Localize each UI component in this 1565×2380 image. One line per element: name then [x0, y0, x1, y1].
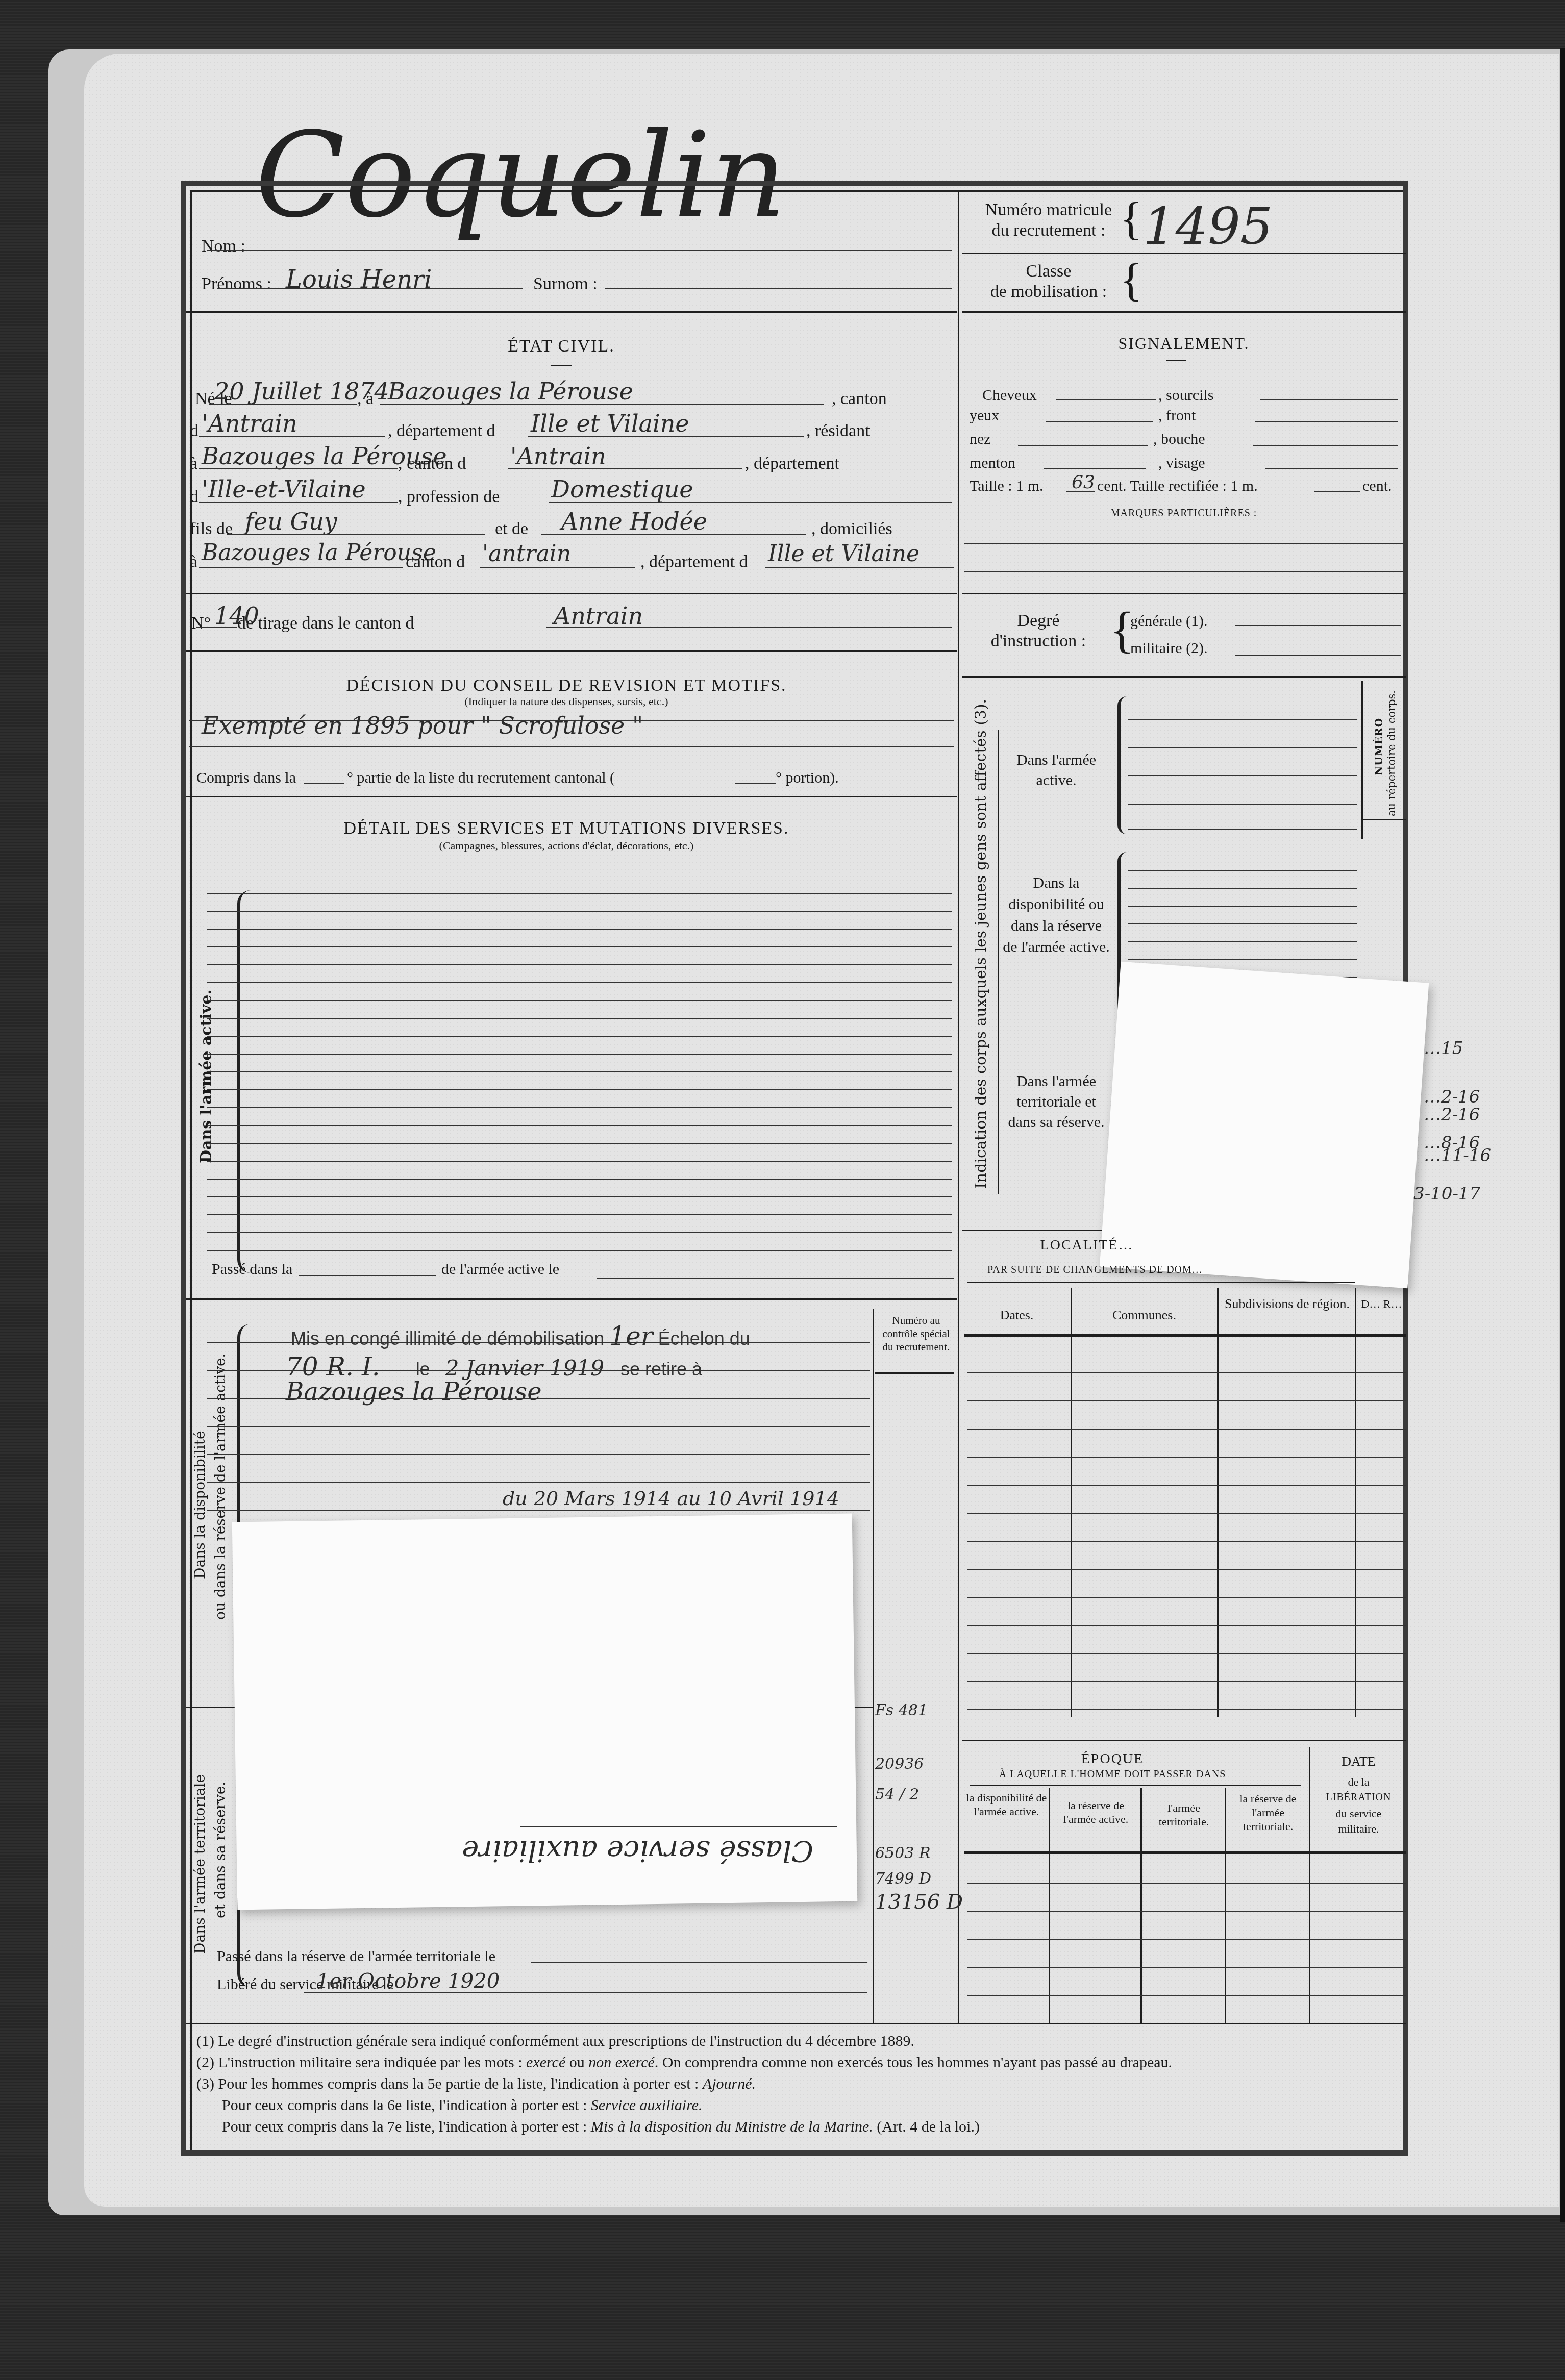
localites-bottom — [962, 1740, 1406, 1741]
corps-rule — [1128, 829, 1357, 830]
classe-label-1: Classe — [972, 263, 1125, 280]
corps-rule — [1128, 747, 1357, 748]
epoque-rule — [967, 1911, 1406, 1912]
canton-label: , canton — [832, 390, 887, 408]
corps-rule — [1128, 870, 1357, 871]
passe-reserve-territoriale-label: Passé dans la réserve de l'armée territo… — [217, 1949, 495, 1964]
margin-date-entry: …15 — [1424, 1038, 1463, 1059]
classe-service-auxiliaire: Classé service auxiliaire — [462, 1834, 813, 1867]
epoque-col-div-1 — [1049, 1788, 1050, 2023]
localites-rule — [967, 1625, 1406, 1626]
etat-civil-heading: ÉTAT CIVIL. — [459, 337, 663, 356]
libere-date: 1er Octobre 1920 — [316, 1969, 500, 1993]
signalement-bottom — [962, 593, 1406, 594]
corps-rule — [1128, 804, 1357, 805]
margin-date-entry: …2-16 — [1424, 1105, 1480, 1125]
services-rule — [207, 1214, 952, 1215]
canton3-label: canton d — [406, 554, 465, 571]
services-rule — [207, 1179, 952, 1180]
localites-col-communes: Communes. — [1072, 1309, 1217, 1322]
matricule-bottom — [962, 253, 1406, 254]
services-rule — [207, 1232, 952, 1233]
localites-rule — [967, 1681, 1406, 1682]
services-rule — [207, 1089, 952, 1090]
lieu-naissance: Bazouges la Pérouse — [388, 378, 633, 405]
classe-brace: { — [1120, 258, 1142, 304]
corps-territoriale-label: Dans l'armée territoriale et dans sa rés… — [1003, 1071, 1110, 1133]
departement3-underline — [765, 567, 954, 568]
epoque-col-territoriale: l'armée territoriale. — [1143, 1801, 1225, 1828]
stamp-line-1: Mis en congé illimité de démobilisation … — [291, 1321, 750, 1351]
departement-naissance: Ille et Vilaine — [531, 410, 689, 437]
disponibilite-line-4 — [207, 1426, 870, 1427]
corps-rule — [1128, 906, 1357, 907]
d1-label: d — [190, 422, 198, 440]
lieu-underline — [380, 404, 824, 405]
compris-blank-2 — [735, 783, 776, 784]
stamp-retire: - se retire à — [609, 1359, 702, 1380]
passe-blank-2 — [597, 1278, 954, 1279]
decision-text: Exempté en 1895 pour " Scrofulose " — [202, 712, 643, 739]
localites-rule — [967, 1400, 1406, 1401]
departement-residence: 'Ille-et-Vilaine — [202, 475, 366, 503]
corps-disponibilite-label: Dans la disponibilité ou dans la réserve… — [1003, 872, 1110, 958]
mere: Anne Hodée — [561, 508, 707, 535]
armee-active-bottom — [186, 1298, 957, 1300]
militaire-blank — [1235, 655, 1401, 656]
generale-label: générale (1). — [1130, 614, 1208, 629]
nez-blank — [1018, 445, 1148, 446]
services-rule — [207, 1018, 952, 1019]
disponibilite-line-6 — [207, 1482, 870, 1483]
passe-reserve-territoriale-blank — [531, 1962, 867, 1963]
canton-residence: 'Antrain — [510, 442, 606, 470]
numero-controle-divider-left — [873, 1309, 874, 2023]
form-notes-divider — [186, 2023, 1406, 2024]
epoque-date-sub-2: LIBÉRATION — [1311, 1792, 1406, 1803]
services-rule — [207, 1196, 952, 1197]
ne-le-underline — [209, 404, 357, 405]
marques-line-2 — [964, 571, 1403, 572]
armee-active-side-label: Dans l'armée active. — [199, 989, 214, 1163]
residence-underline — [199, 468, 398, 469]
name-block-bottom — [186, 311, 957, 313]
localites-rule — [967, 1485, 1406, 1486]
stamp-date: 2 Janvier 1919 — [445, 1356, 604, 1381]
localites-rule — [967, 1569, 1406, 1570]
degre-label-2: d'instruction : — [975, 633, 1102, 650]
taille-cm: 63 — [1072, 472, 1095, 493]
localites-rule — [967, 1429, 1406, 1430]
services-rule — [207, 911, 952, 912]
localites-brace-rule — [967, 1282, 1355, 1283]
canton-underline — [199, 436, 385, 437]
a-label: , à — [357, 390, 374, 408]
profession-label: , profession de — [398, 488, 500, 506]
marques-line-1 — [964, 543, 1403, 544]
disponibilite-side-label-2: ou dans la réserve de l'armée active. — [212, 1354, 229, 1620]
decision-heading: DÉCISION DU CONSEIL DE REVISION ET MOTIF… — [235, 676, 898, 695]
epoque-rule — [967, 1883, 1406, 1884]
cent-label: cent. — [1362, 479, 1392, 494]
bouche-blank — [1253, 445, 1398, 446]
mere-underline — [541, 534, 806, 535]
classe-bottom — [962, 311, 1406, 313]
corps-rule — [1128, 941, 1357, 942]
services-rule — [207, 1250, 952, 1251]
departement2-underline — [199, 502, 398, 503]
stamp-echelon: 1er — [609, 1321, 653, 1351]
bouche-label: , bouche — [1153, 432, 1205, 447]
prenoms-label: Prénoms : — [202, 275, 271, 293]
instruction-bottom — [962, 676, 1406, 678]
numero-controle-entry: 7499 D — [875, 1870, 931, 1888]
services-rule — [207, 1143, 952, 1144]
decision-underline-2 — [189, 746, 954, 747]
etat-civil-bottom — [186, 593, 957, 594]
departement3-label: , département d — [640, 554, 748, 571]
disponibilite-line-5 — [207, 1454, 870, 1455]
footnote-4: Pour ceux compris dans la 6e liste, l'in… — [196, 2095, 1172, 2116]
visage-label: , visage — [1158, 456, 1205, 471]
tirage-label: de tirage dans le canton d — [237, 615, 414, 632]
decision-bottom — [186, 796, 957, 797]
retire-lieu: Bazouges la Pérouse — [286, 1377, 542, 1406]
stamp-le: le — [416, 1359, 430, 1380]
epoque-subheading: À LAQUELLE L'HOMME DOIT PASSER DANS — [985, 1769, 1240, 1781]
matricule-label-1: Numéro matricule — [972, 202, 1125, 219]
epoque-rule — [967, 1967, 1406, 1968]
compris-label-1: Compris dans la — [196, 770, 296, 786]
corps-rule — [1128, 888, 1357, 889]
services-rule — [207, 1071, 952, 1072]
services-rule — [207, 1054, 952, 1055]
compris-label-2: ° partie de la liste du recrutement cant… — [347, 770, 615, 786]
disponibilite-line-1 — [207, 1342, 870, 1343]
territoriale-side-label-2: et dans sa réserve. — [212, 1782, 229, 1918]
services-rule — [207, 1107, 952, 1108]
numero-controle-entry: Fs 481 — [875, 1701, 928, 1719]
matricule-number: 1495 — [1143, 196, 1273, 256]
numero-repertoire-rule — [1362, 819, 1406, 820]
fils-label: fils de — [190, 520, 233, 538]
epoque-date-sub-3: du service militaire. — [1319, 1806, 1398, 1837]
etat-civil-rule — [551, 365, 572, 366]
armee-active-brace — [237, 890, 251, 1273]
numero-controle-entry: 13156 D — [875, 1890, 963, 1914]
margin-date-entry: …11-16 — [1424, 1145, 1491, 1166]
localites-rule — [967, 1597, 1406, 1598]
numero-repertoire-divider — [1361, 681, 1363, 839]
localites-col-div-2 — [1217, 1288, 1219, 1717]
canton2-label: , canton d — [398, 455, 466, 472]
taille-rectifiee-label: cent. Taille rectifiée : 1 m. — [1097, 479, 1258, 494]
epoque-date-sub-1: de la — [1311, 1776, 1406, 1788]
binding-spine — [1560, 48, 1565, 2222]
libere-underline — [304, 1992, 867, 1993]
disponibilite-line-3 — [207, 1398, 870, 1399]
margin-date-entry: …2-16 — [1424, 1087, 1480, 1107]
sourcils-blank — [1260, 399, 1398, 400]
prenoms-underline — [217, 288, 523, 289]
localites-col-div-1 — [1071, 1288, 1072, 1717]
services-rule — [207, 1125, 952, 1126]
tirage-underline — [196, 627, 237, 628]
services-rule — [207, 982, 952, 983]
numero-controle-entry: 6503 R — [875, 1844, 930, 1862]
services-rule — [207, 1000, 952, 1001]
cheveux-label: Cheveux — [982, 388, 1037, 403]
taille-label: Taille : 1 m. — [970, 479, 1044, 494]
localites-rule — [967, 1709, 1406, 1710]
numero-repertoire-label-2: au répertoire du corps. — [1385, 690, 1398, 816]
profession: Domestique — [551, 475, 693, 503]
passe-blank-1 — [299, 1275, 436, 1276]
numero-controle-rule — [875, 1372, 954, 1374]
d2-label: d — [190, 488, 198, 506]
column-divider — [958, 191, 959, 2023]
degre-label-1: Degré — [975, 612, 1102, 630]
corps-rule — [1128, 775, 1357, 776]
epoque-rule — [967, 1939, 1406, 1940]
canton3-underline — [480, 567, 635, 568]
departement2-label: , département — [745, 455, 839, 472]
matricule-label-2: du recrutement : — [972, 222, 1125, 239]
departement-parents: Ille et Vilaine — [768, 541, 920, 567]
localites-rule — [967, 1372, 1406, 1373]
localites-col-subdivisions: Subdivisions de région. — [1220, 1296, 1355, 1312]
footnote-2: (2) L'instruction militaire sera indiqué… — [196, 2052, 1172, 2073]
departement-underline — [528, 436, 804, 437]
disponibilite-side-label-1: Dans la disponibilité — [191, 1431, 208, 1579]
epoque-heading: ÉPOQUE — [1015, 1751, 1209, 1767]
localites-rule — [967, 1541, 1406, 1542]
epoque-header-rule — [964, 1851, 1406, 1854]
classe-label-2: de mobilisation : — [972, 283, 1125, 300]
canton-naissance: 'Antrain — [202, 410, 297, 437]
localites-header-rule — [964, 1334, 1406, 1337]
tirage-no-label: N° — [191, 615, 211, 632]
numero-repertoire-label-1: NUMÉRO — [1373, 718, 1385, 775]
residant-label: , résidant — [806, 422, 870, 440]
tirage-bottom — [186, 650, 957, 652]
localites-col-dr: D… R… — [1357, 1298, 1406, 1310]
localites-heading: LOCALITÉ… — [1010, 1237, 1163, 1254]
epoque-date-heading: DATE — [1311, 1755, 1406, 1768]
localites-rule — [967, 1457, 1406, 1458]
corps-active-label: Dans l'armée active. — [1003, 750, 1110, 791]
services-rule — [207, 1036, 952, 1037]
a2-label: à — [190, 455, 197, 472]
tirage-canton: Antrain — [554, 602, 643, 630]
menton-blank — [1044, 468, 1146, 469]
compris-label-3: ° portion). — [776, 770, 839, 786]
corps-rule — [1128, 923, 1357, 924]
cheveux-blank — [1056, 399, 1156, 400]
localites-rule — [967, 1653, 1406, 1654]
domicilies-label: , domiciliés — [811, 520, 892, 538]
localites-col-dates: Dates. — [964, 1309, 1069, 1322]
disponibilite-line-2 — [207, 1370, 870, 1371]
militaire-label: militaire (2). — [1130, 641, 1208, 656]
corps-side-label: Indication des corps auxquels les jeunes… — [972, 699, 990, 1189]
numero-controle-label: Numéro au contrôle spécial du recrutemen… — [877, 1314, 956, 1354]
services-heading: DÉTAIL DES SERVICES ET MUTATIONS DIVERSE… — [235, 819, 898, 838]
corps-rule — [1128, 959, 1357, 960]
pere-underline — [227, 534, 485, 535]
canton2-underline — [508, 468, 742, 469]
numero-controle-entry: 54 / 2 — [875, 1786, 919, 1803]
footnote-5: Pour ceux compris dans la 7e liste, l'in… — [196, 2116, 1172, 2138]
nez-label: nez — [970, 432, 991, 447]
classe-service-rule — [520, 1826, 837, 1827]
yeux-blank — [1046, 421, 1153, 422]
services-rule — [207, 929, 952, 930]
surnom-label: Surnom : — [533, 275, 598, 293]
territoriale-side-label-1: Dans l'armée territoriale — [191, 1774, 208, 1954]
passe-label-1: Passé dans la — [212, 1262, 292, 1277]
a3-label: à — [190, 554, 197, 571]
nom-underline — [207, 250, 952, 251]
decision-underline — [189, 720, 954, 721]
footnotes: (1) Le degré d'instruction générale sera… — [196, 2031, 1172, 2138]
front-label: , front — [1158, 408, 1196, 423]
surnom-underline — [605, 288, 952, 289]
margin-date-entry: 3-10-17 — [1413, 1184, 1480, 1204]
decision-subheading: (Indiquer la nature des dispenses, sursi… — [235, 695, 898, 708]
epoque-col-reserve-territoriale: la réserve de l'armée territoriale. — [1227, 1792, 1309, 1833]
services-rule — [207, 893, 952, 894]
front-blank — [1255, 421, 1398, 422]
footnote-1: (1) Le degré d'instruction générale sera… — [196, 2031, 1172, 2052]
localites-rule — [967, 1513, 1406, 1514]
et-de-label: et de — [495, 520, 528, 538]
taille-blank — [1066, 491, 1095, 492]
domicile-underline — [199, 567, 403, 568]
passe-label-2: de l'armée active le — [441, 1262, 559, 1277]
signalement-rule — [1166, 360, 1186, 361]
generale-blank — [1235, 625, 1401, 626]
epoque-col-div-3 — [1225, 1788, 1226, 2023]
periode-text: du 20 Mars 1914 au 10 Avril 1914 — [503, 1487, 839, 1510]
localites-subheading: PAR SUITE DE CHANGEMENTS DE DOM… — [987, 1264, 1203, 1276]
stamp-print: Mis en congé illimité de démobilisation — [291, 1328, 604, 1349]
corps-side-divider — [998, 730, 999, 1194]
corps-rule — [1128, 719, 1357, 720]
menton-label: menton — [970, 456, 1015, 471]
departement-label: , département d — [388, 422, 495, 440]
corps-active-brace — [1117, 696, 1127, 834]
epoque-col-div-2 — [1140, 1788, 1142, 2023]
epoque-date-divider — [1309, 1747, 1310, 2023]
sourcils-label: , sourcils — [1158, 388, 1213, 403]
localites-col-div-3 — [1355, 1288, 1356, 1717]
services-rule — [207, 964, 952, 965]
numero-controle-entry: 20936 — [875, 1755, 924, 1773]
domicile-parents: Bazouges la Pérouse — [202, 540, 436, 566]
stamp-echelon-end: Échelon du — [658, 1328, 750, 1349]
epoque-rule — [967, 1995, 1406, 1996]
profession-underline — [549, 502, 952, 503]
disponibilite-line-7 — [207, 1510, 870, 1511]
services-rule — [207, 1161, 952, 1162]
epoque-brace-rule — [970, 1785, 1301, 1786]
nom-label: Nom : — [202, 238, 245, 255]
compris-blank-1 — [304, 783, 344, 784]
services-subheading: (Campagnes, blessures, actions d'éclat, … — [235, 839, 898, 853]
visage-blank — [1265, 468, 1398, 469]
canton-parents: 'antrain — [482, 541, 571, 567]
signalement-heading: SIGNALEMENT. — [1051, 334, 1316, 353]
pere: feu Guy — [245, 508, 337, 535]
taille-rectifiee-blank — [1314, 491, 1360, 492]
prenoms-value: Louis Henri — [286, 265, 432, 294]
marques-label: MARQUES PARTICULIÈRES : — [1031, 508, 1337, 519]
epoque-col-reserve-active: la réserve de l'armée active. — [1051, 1798, 1140, 1826]
yeux-label: yeux — [970, 408, 999, 423]
matricule-brace: { — [1120, 196, 1142, 242]
tirage-canton-underline — [546, 627, 952, 628]
services-rule — [207, 946, 952, 947]
footnote-3: (3) Pour les hommes compris dans la 5e p… — [196, 2073, 1172, 2095]
epoque-col-disponibilite: la disponibilité de l'armée active. — [964, 1791, 1049, 1818]
